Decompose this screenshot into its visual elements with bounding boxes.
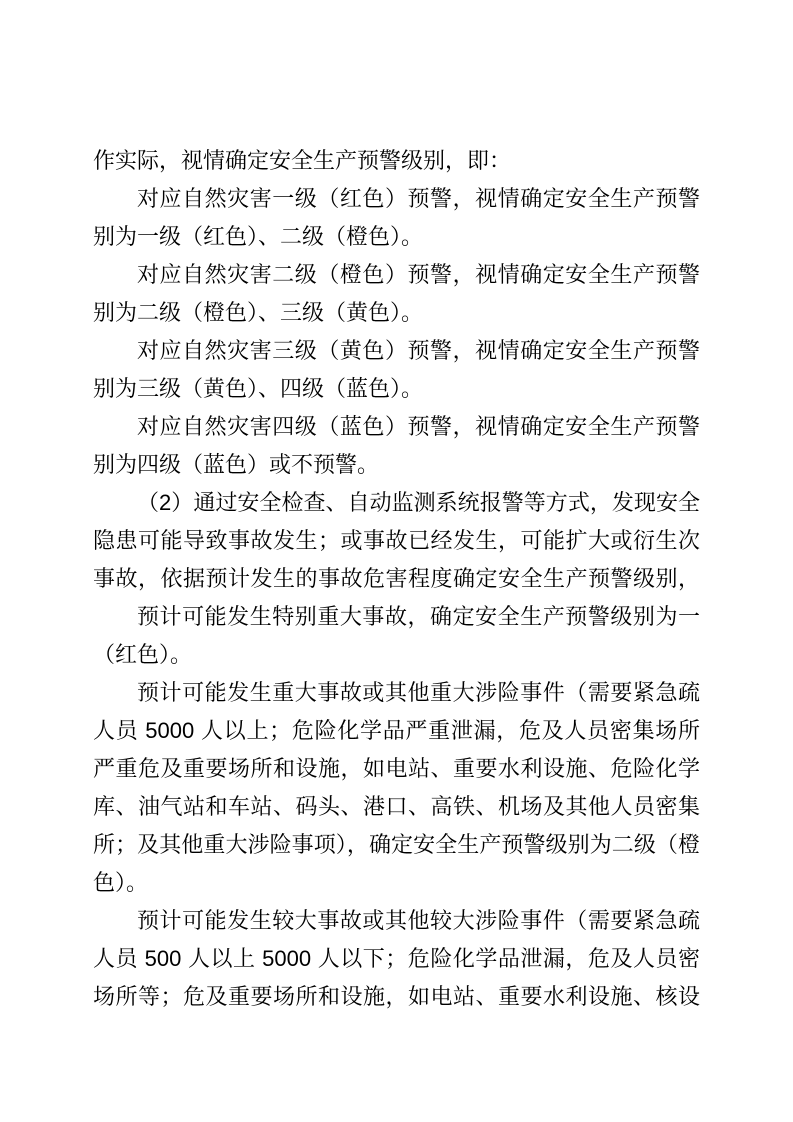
text-line: 隐患可能导致事故发生；或事故已经发生，可能扩大或衍生次生 [93,522,700,560]
text-line: 作实际，视情确定安全生产预警级别，即： [93,142,700,180]
document-content: 作实际，视情确定安全生产预警级别，即：对应自然灾害一级（红色）预警，视情确定安全… [93,142,700,1016]
text-line: 预计可能发生较大事故或其他较大涉险事件（需要紧急疏散 [93,902,700,940]
text-line: 别为四级（蓝色）或不预警。 [93,446,700,484]
text-line: 色）。 [93,864,700,902]
text-line: 库、油气站和车站、码头、港口、高铁、机场及其他人员密集场 [93,788,700,826]
text-line: 别为一级（红色）、二级（橙色）。 [93,218,700,256]
text-line: 别为二级（橙色）、三级（黄色）。 [93,294,700,332]
text-line: （红色）。 [93,636,700,674]
text-line: 对应自然灾害四级（蓝色）预警，视情确定安全生产预警级 [93,408,700,446]
text-line: 所；及其他重大涉险事项），确定安全生产预警级别为二级（橙 [93,826,700,864]
text-line: 场所等；危及重要场所和设施，如电站、重要水利设施、核设施、 [93,978,700,1016]
document-page: 作实际，视情确定安全生产预警级别，即：对应自然灾害一级（红色）预警，视情确定安全… [0,0,793,1122]
text-line: 预计可能发生重大事故或其他重大涉险事件（需要紧急疏散 [93,674,700,712]
text-line: 别为三级（黄色）、四级（蓝色）。 [93,370,700,408]
text-line: 事故，依据预计发生的事故危害程度确定安全生产预警级别，即： [93,560,700,598]
text-line: 对应自然灾害二级（橙色）预警，视情确定安全生产预警级 [93,256,700,294]
text-line: 严重危及重要场所和设施，如电站、重要水利设施、危险化学品 [93,750,700,788]
text-line: 预计可能发生特别重大事故，确定安全生产预警级别为一级 [93,598,700,636]
text-line: 人员 500 人以上 5000 人以下；危险化学品泄漏，危及人员密集 [93,940,700,978]
text-line: 人员 5000 人以上；危险化学品严重泄漏，危及人员密集场所等； [93,712,700,750]
text-line: 对应自然灾害三级（黄色）预警，视情确定安全生产预警级 [93,332,700,370]
text-line: 对应自然灾害一级（红色）预警，视情确定安全生产预警级 [93,180,700,218]
text-line: （2）通过安全检查、自动监测系统报警等方式，发现安全 [93,484,700,522]
